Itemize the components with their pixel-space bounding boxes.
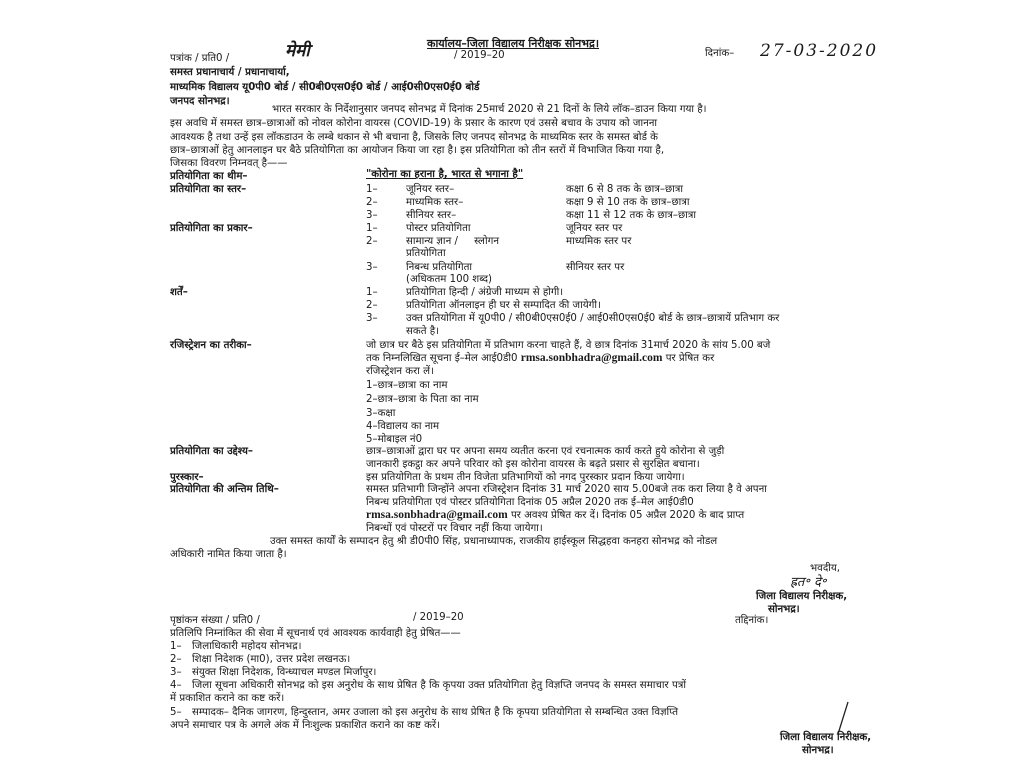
condition-item: 2–प्रतियोगिता ऑनलाइन ही घर से सम्पादित क… bbox=[366, 297, 601, 311]
date-label: दिनांक– bbox=[705, 45, 734, 59]
deadline-line-4: निबन्धों एवं पोस्टरों पर विचार नहीं किया… bbox=[366, 520, 543, 534]
objective-label: प्रतियोगिता का उद्देश्य– bbox=[170, 443, 253, 457]
condition-text-continued: सकते है। bbox=[406, 323, 439, 337]
endorsement-ref-label: पृष्ठांकन संख्या / प्रति0 / bbox=[170, 612, 260, 626]
objective-line-2: जानकारी इकट्ठा कर अपने परिवार को इस कोरो… bbox=[366, 456, 700, 470]
intro-line-4: छात्र–छात्राओं हेतु आनलाइन घर बैठे प्रति… bbox=[170, 142, 664, 156]
condition-number: 3– bbox=[366, 313, 406, 324]
signature-place: सोनभद्र। bbox=[768, 601, 800, 615]
endorsement-date: तद्दिनांक। bbox=[735, 612, 768, 626]
nodal-line-1: उक्त समस्त कार्यों के सम्पादन हेतु श्री … bbox=[270, 533, 717, 547]
addressee-line-2: माध्यमिक विद्यालय यू0पी0 बोर्ड / सी0बी0ए… bbox=[170, 79, 479, 93]
types-label: प्रतियोगिता का प्रकार– bbox=[170, 220, 253, 234]
type-name: पोस्टर प्रतियोगिता bbox=[406, 220, 566, 234]
addressee-line-3: जनपद सोनभद्र। bbox=[170, 93, 230, 107]
type-number: 3– bbox=[366, 262, 406, 273]
deadline-label: प्रतियोगिता की अन्तिम तिथि– bbox=[170, 481, 279, 495]
intro-line-3: आवश्यक है तथा उन्हें इस लॉकडाउन के लम्बे… bbox=[170, 129, 658, 143]
registration-field: 4–विद्यालय का नाम bbox=[366, 418, 439, 432]
level-name: जूनियर स्तर– bbox=[406, 181, 566, 195]
signature-2-title: जिला विद्यालय निरीक्षक, bbox=[780, 729, 871, 743]
level-item: 2–माध्यमिक स्तर–कक्षा 9 से 10 तक के छात्… bbox=[366, 194, 690, 208]
registration-line-2: तक निम्नलिखित सूचना ई–मेल आई0डी0 rmsa.so… bbox=[366, 350, 714, 364]
endorsement-ref-year: / 2019–20 bbox=[413, 612, 464, 623]
endorsement-intro: प्रतिलिपि निम्नांकित की सेवा में सूचनार्… bbox=[170, 625, 461, 639]
level-name: सीनियर स्तर– bbox=[406, 207, 566, 221]
addressee-line-1: समस्त प्रधानाचार्य / प्रधानाचार्या, bbox=[170, 64, 290, 78]
condition-item: 1–प्रतियोगिता हिन्दी / अंग्रेजी माध्यम स… bbox=[366, 284, 563, 298]
signature-title: जिला विद्यालय निरीक्षक, bbox=[756, 588, 847, 602]
copy-item: 2–शिक्षा निदेशक (मा0), उत्तर प्रदेश लखनऊ… bbox=[170, 651, 350, 665]
copy-text-continued: अपने समाचार पत्र के अगले अंक में निःशुल्… bbox=[170, 717, 440, 731]
deadline-line-3: rmsa.sonbhadra@gmail.com पर अवश्य प्रेषि… bbox=[366, 507, 744, 521]
intro-line-1: भारत सरकार के निर्देशानुसार जनपद सोनभद्र… bbox=[272, 101, 707, 115]
type-level: माध्यमिक स्तर पर bbox=[566, 236, 631, 247]
copy-item: 5–सम्पादक– दैनिक जागरण, हिन्दुस्तान, अमर… bbox=[170, 704, 678, 718]
office-title: कार्यालय–जिला विद्यालय निरीक्षक सोनभद्र। bbox=[427, 36, 599, 51]
type-name-continued: (अधिकतम 100 शब्द) bbox=[406, 271, 492, 285]
type-level: सीनियर स्तर पर bbox=[566, 262, 624, 273]
condition-text: उक्त प्रतियोगिता में यू0पी0 / सी0बी0एस0ई… bbox=[406, 313, 779, 324]
reference-handwritten: मेमी bbox=[285, 38, 310, 61]
copy-item: 1–जिलाधिकारी महोदय सोनभद्र। bbox=[170, 638, 301, 652]
copy-item: 3–संयुक्त शिक्षा निदेशक, विन्ध्याचल मण्ड… bbox=[170, 664, 376, 678]
registration-field: 3–कक्षा bbox=[366, 405, 395, 419]
registration-line-3: रजिस्ट्रेशन करा लें। bbox=[366, 363, 434, 377]
levels-label: प्रतियोगिता का स्तर– bbox=[170, 181, 246, 195]
registration-email-link[interactable]: rmsa.sonbhadra@gmail.com bbox=[521, 352, 663, 364]
conditions-label: शर्तें– bbox=[170, 284, 188, 298]
level-item: 3–सीनियर स्तर–कक्षा 11 से 12 तक के छात्र… bbox=[366, 207, 696, 221]
signature-2-place: सोनभद्र। bbox=[802, 742, 834, 756]
type-name-continued: प्रतियोगिता bbox=[406, 245, 446, 259]
condition-item: 3–उक्त प्रतियोगिता में यू0पी0 / सी0बी0एस… bbox=[366, 310, 779, 324]
theme-value: "कोरोना का हराना है, भारत से भगाना है" bbox=[366, 166, 523, 180]
intro-line-2: इस अवधि में समस्त छात्र–छात्राओं को नोवल… bbox=[170, 115, 657, 129]
deadline-line-3-text: पर अवश्य प्रेषित कर दें। दिनांक 05 अप्रै… bbox=[511, 510, 744, 521]
registration-field: 2–छात्र–छात्रा के पिता का नाम bbox=[366, 391, 479, 405]
level-item: 1–जूनियर स्तर–कक्षा 6 से 8 तक के छात्र–छ… bbox=[366, 181, 683, 195]
nodal-line-2: अधिकारी नामित किया जाता है। bbox=[170, 546, 287, 560]
intro-line-5: जिसका विवरण निम्नवत् है—— bbox=[170, 155, 287, 169]
type-item: 1–पोस्टर प्रतियोगिताजूनियर स्तर पर bbox=[366, 220, 622, 234]
copy-item: 4–जिला सूचना अधिकारी सोनभद्र को इस अनुरो… bbox=[170, 677, 686, 691]
registration-label: रजिस्ट्रेशन का तरीका– bbox=[170, 337, 252, 351]
type-item: 3–निबन्ध प्रतियोगितासीनियर स्तर पर bbox=[366, 259, 624, 273]
reference-year: / 2019–20 bbox=[454, 50, 505, 61]
deadline-line-1: समस्त प्रतिभागी जिन्होंने अपना रजिस्ट्रे… bbox=[366, 481, 767, 495]
theme-label: प्रतियोगिता का थीम– bbox=[170, 168, 248, 182]
registration-line-2-tail: पर प्रेषित कर bbox=[666, 353, 715, 364]
date-handwritten: 27-03-2020 bbox=[760, 41, 878, 61]
copy-text-continued: में प्रकाशित कराने का कष्ट करें। bbox=[170, 690, 284, 704]
registration-field: 1–छात्र–छात्रा का नाम bbox=[366, 377, 447, 391]
objective-line-1: छात्र–छात्राओं द्वारा घर पर अपना समय व्य… bbox=[366, 443, 724, 457]
type-number: 2– bbox=[366, 236, 406, 247]
level-name: माध्यमिक स्तर– bbox=[406, 194, 566, 208]
registration-line-1: जो छात्र घर बैठे इस प्रतियोगिता में प्रत… bbox=[366, 337, 770, 351]
reference-label: पत्रांक / प्रति0 / bbox=[170, 50, 229, 64]
deadline-line-2: निबन्ध प्रतियोगिता एवं पोस्टर प्रतियोगित… bbox=[366, 494, 694, 508]
